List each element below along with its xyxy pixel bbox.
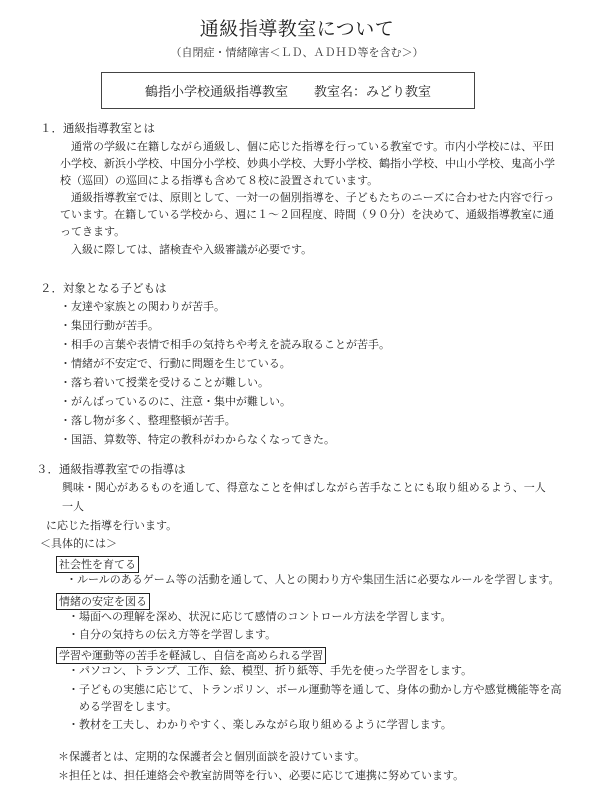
section2-item: ・友達や家族との関わりが苦手。 xyxy=(60,298,225,316)
section1-heading: １．通級指導教室とは xyxy=(40,120,155,138)
group-item: ・場面への理解を深め、状況に応じて感情のコントロール方法を学習します。 xyxy=(68,608,451,626)
group-item: ・子どもの実態に応じて、トランポリン、ボール運動等を通して、身体の動かし方や感覚… xyxy=(68,681,561,699)
section2-item: ・国語、算数等、特定の教科がわからなくなってきた。 xyxy=(60,431,335,449)
section2-item: ・落し物が多く、整理整頓が苦手。 xyxy=(60,412,236,430)
group-item: める学習をします。 xyxy=(68,698,177,716)
section3-intro-line: 一人 xyxy=(62,498,84,516)
section3-heading: ３．通級指導教室での指導は xyxy=(36,461,186,479)
specific-label: ＜具体的には＞ xyxy=(40,535,117,553)
section1-line: 通常の学級に在籍しながら通級し、個に応じた指導を行っている教室です。市内小学校に… xyxy=(60,138,554,156)
group-item: ・パソコン、トランプ、工作、絵、模型、折り紙等、手先を使った学習をします。 xyxy=(68,662,472,680)
section3-intro-line: 興味・関心があるものを通して、得意なことを伸ばしながら苦手なことにも取り組めるよ… xyxy=(62,479,546,497)
note-line: ＊担任とは、担任連絡会や教室訪問等を行い、必要に応じて連携に努めています。 xyxy=(58,767,464,785)
classroom-name: 教室名：みどり教室 xyxy=(314,81,431,100)
section2-item: ・情緒が不安定で、行動に問題を生じている。 xyxy=(60,355,291,373)
section3-intro-line: に応じた指導を行います。 xyxy=(46,517,177,535)
section2-heading: ２．対象となる子どもは xyxy=(40,280,167,298)
section2-item: ・集団行動が苦手。 xyxy=(60,317,159,335)
section1-line: 小学校、新浜小学校、中国分小学校、妙典小学校、大野小学校、鶴指小学校、中山小学校… xyxy=(60,155,555,173)
page-title: 通級指導教室について xyxy=(0,14,594,41)
section2-item: ・相手の言葉や表情で相手の気持ちや考えを読み取ることが苦手。 xyxy=(60,336,390,354)
group-title-box: 情緒の安定を図る xyxy=(56,590,150,610)
section1-line: 校（巡回）の巡回による指導も含めて８校に設置されています。 xyxy=(60,172,378,190)
section2-item: ・がんばっているのに、注意・集中が難しい。 xyxy=(60,393,291,411)
classroom-name-box: 鶴指小学校通級指導教室 教室名：みどり教室 xyxy=(101,72,475,109)
section2-item: ・落ち着いて授業を受けることが難しい。 xyxy=(60,374,269,392)
section1-line: ってきます。 xyxy=(60,223,125,241)
school-name: 鶴指小学校通級指導教室 xyxy=(145,81,288,100)
group-title-box: 学習や運動等の苦手を軽減し、自信を高められる学習 xyxy=(56,644,326,664)
group-item: ・ルールのあるゲーム等の活動を通して、人との関わり方や集団生活に必要なルールを学… xyxy=(66,571,559,589)
group-item: ・教材を工夫し、わかりやすく、楽しみながら取り組めるように学習します。 xyxy=(68,716,452,734)
page-subtitle: （自閉症・情緒障害＜ＬＤ、ＡＤＨＤ等を含む＞） xyxy=(0,44,594,60)
group-title-box: 社会性を育てる xyxy=(56,553,139,573)
note-line: ＊保護者とは、定期的な保護者会と個別面談を設けています。 xyxy=(58,748,365,766)
section1-line: ています。在籍している学校から、週に１～２回程度、時間（９０分）を決めて、通級指… xyxy=(60,206,554,224)
section1-line: 入級に際しては、諸検査や入級審議が必要です。 xyxy=(60,241,312,259)
section1-line: 通級指導教室では、原則として、一対一の個別指導を、子どもたちのニーズに合わせた内… xyxy=(60,189,554,207)
group-item: ・自分の気持ちの伝え方等を学習します。 xyxy=(68,626,276,644)
